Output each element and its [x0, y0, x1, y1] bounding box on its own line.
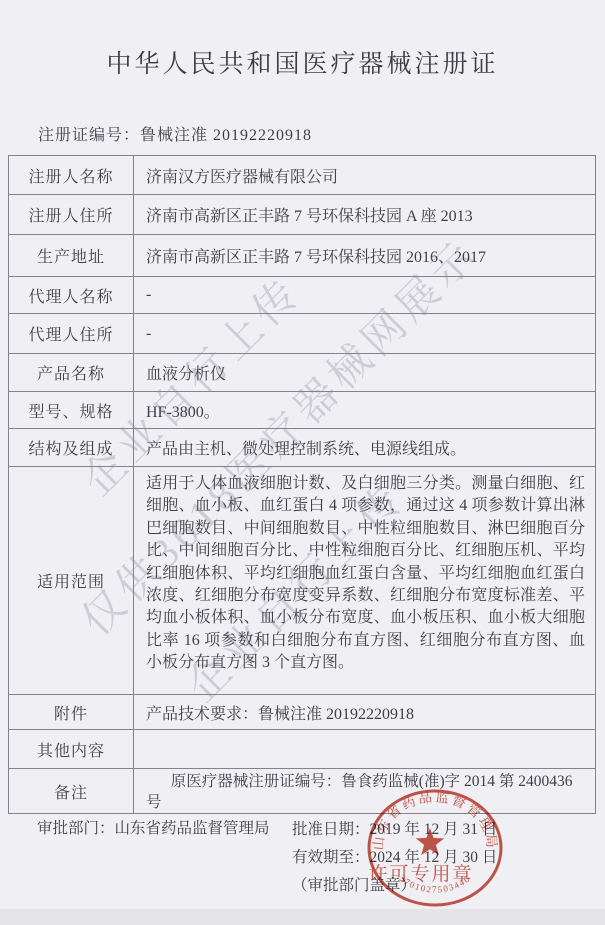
row-label: 适用范围 — [9, 467, 134, 694]
row-label: 代理人名称 — [9, 277, 134, 313]
row-label: 其他内容 — [9, 730, 134, 768]
row-value: - — [134, 277, 595, 313]
page-bottom-edge — [0, 909, 605, 925]
row-value: 济南市高新区正丰路 7 号环保科技园 A 座 2013 — [134, 195, 595, 234]
table-row: 备注 原医疗器械注册证编号：鲁食药监械(准)字 2014 第 2400436 号 — [9, 768, 595, 813]
page-title: 中华人民共和国医疗器械注册证 — [0, 44, 605, 80]
row-label: 结构及组成 — [9, 429, 134, 466]
table-row: 代理人住所 - — [9, 313, 595, 353]
table-row: 其他内容 — [9, 729, 595, 768]
row-label: 备注 — [9, 769, 134, 813]
table-row: 产品名称 血液分析仪 — [9, 353, 595, 391]
row-value: 原医疗器械注册证编号：鲁食药监械(准)字 2014 第 2400436 号 — [134, 769, 595, 813]
certificate-page: 仅供3618医疗器械网展示 企业自行上传 企业自行上传 中华人民共和国医疗器械注… — [0, 0, 605, 925]
approval-department: 审批部门：山东省药品监督管理局 — [37, 816, 270, 838]
row-value: HF-3800。 — [134, 392, 595, 428]
row-label: 附件 — [9, 695, 134, 729]
table-row: 型号、规格 HF-3800。 — [9, 391, 595, 428]
row-label: 生产地址 — [9, 235, 134, 276]
row-value: 济南市高新区正丰路 7 号环保科技园 2016、2017 — [134, 235, 595, 276]
row-value: - — [134, 314, 595, 353]
row-label: 注册人住所 — [9, 195, 134, 234]
seal-note: （审批部门盖章） — [292, 872, 497, 900]
valid-until-date: 有效期至：2024 年 12 月 30 日 — [292, 844, 497, 872]
table-row: 注册人名称 济南汉方医疗器械有限公司 — [9, 156, 595, 194]
row-label: 代理人住所 — [9, 314, 134, 353]
row-value: 济南汉方医疗器械有限公司 — [134, 156, 595, 194]
row-value: 产品由主机、微处理控制系统、电源线组成。 — [134, 429, 595, 466]
row-value — [134, 730, 595, 768]
row-label: 产品名称 — [9, 354, 134, 391]
table-row: 生产地址 济南市高新区正丰路 7 号环保科技园 2016、2017 — [9, 234, 595, 276]
certificate-info-table: 注册人名称 济南汉方医疗器械有限公司 注册人住所 济南市高新区正丰路 7 号环保… — [8, 155, 596, 814]
table-row: 附件 产品技术要求：鲁械注准 20192220918 — [9, 694, 595, 729]
row-label: 型号、规格 — [9, 392, 134, 428]
row-value: 血液分析仪 — [134, 354, 595, 391]
row-label: 注册人名称 — [9, 156, 134, 194]
table-row: 适用范围 适用于人体血液细胞计数、及白细胞三分类。测量白细胞、红细胞、血小板、血… — [9, 466, 595, 694]
approval-dates-block: 批准日期：2019 年 12 月 31 日 有效期至：2024 年 12 月 3… — [292, 816, 497, 900]
table-row: 结构及组成 产品由主机、微处理控制系统、电源线组成。 — [9, 428, 595, 466]
table-row: 注册人住所 济南市高新区正丰路 7 号环保科技园 A 座 2013 — [9, 194, 595, 234]
table-row: 代理人名称 - — [9, 276, 595, 313]
row-value: 适用于人体血液细胞计数、及白细胞三分类。测量白细胞、红细胞、血小板、血红蛋白 4… — [134, 467, 595, 694]
cert-number: 注册证编号：鲁械注准 20192220918 — [38, 122, 312, 145]
approval-date: 批准日期：2019 年 12 月 31 日 — [292, 816, 497, 844]
row-value: 产品技术要求：鲁械注准 20192220918 — [134, 695, 595, 729]
